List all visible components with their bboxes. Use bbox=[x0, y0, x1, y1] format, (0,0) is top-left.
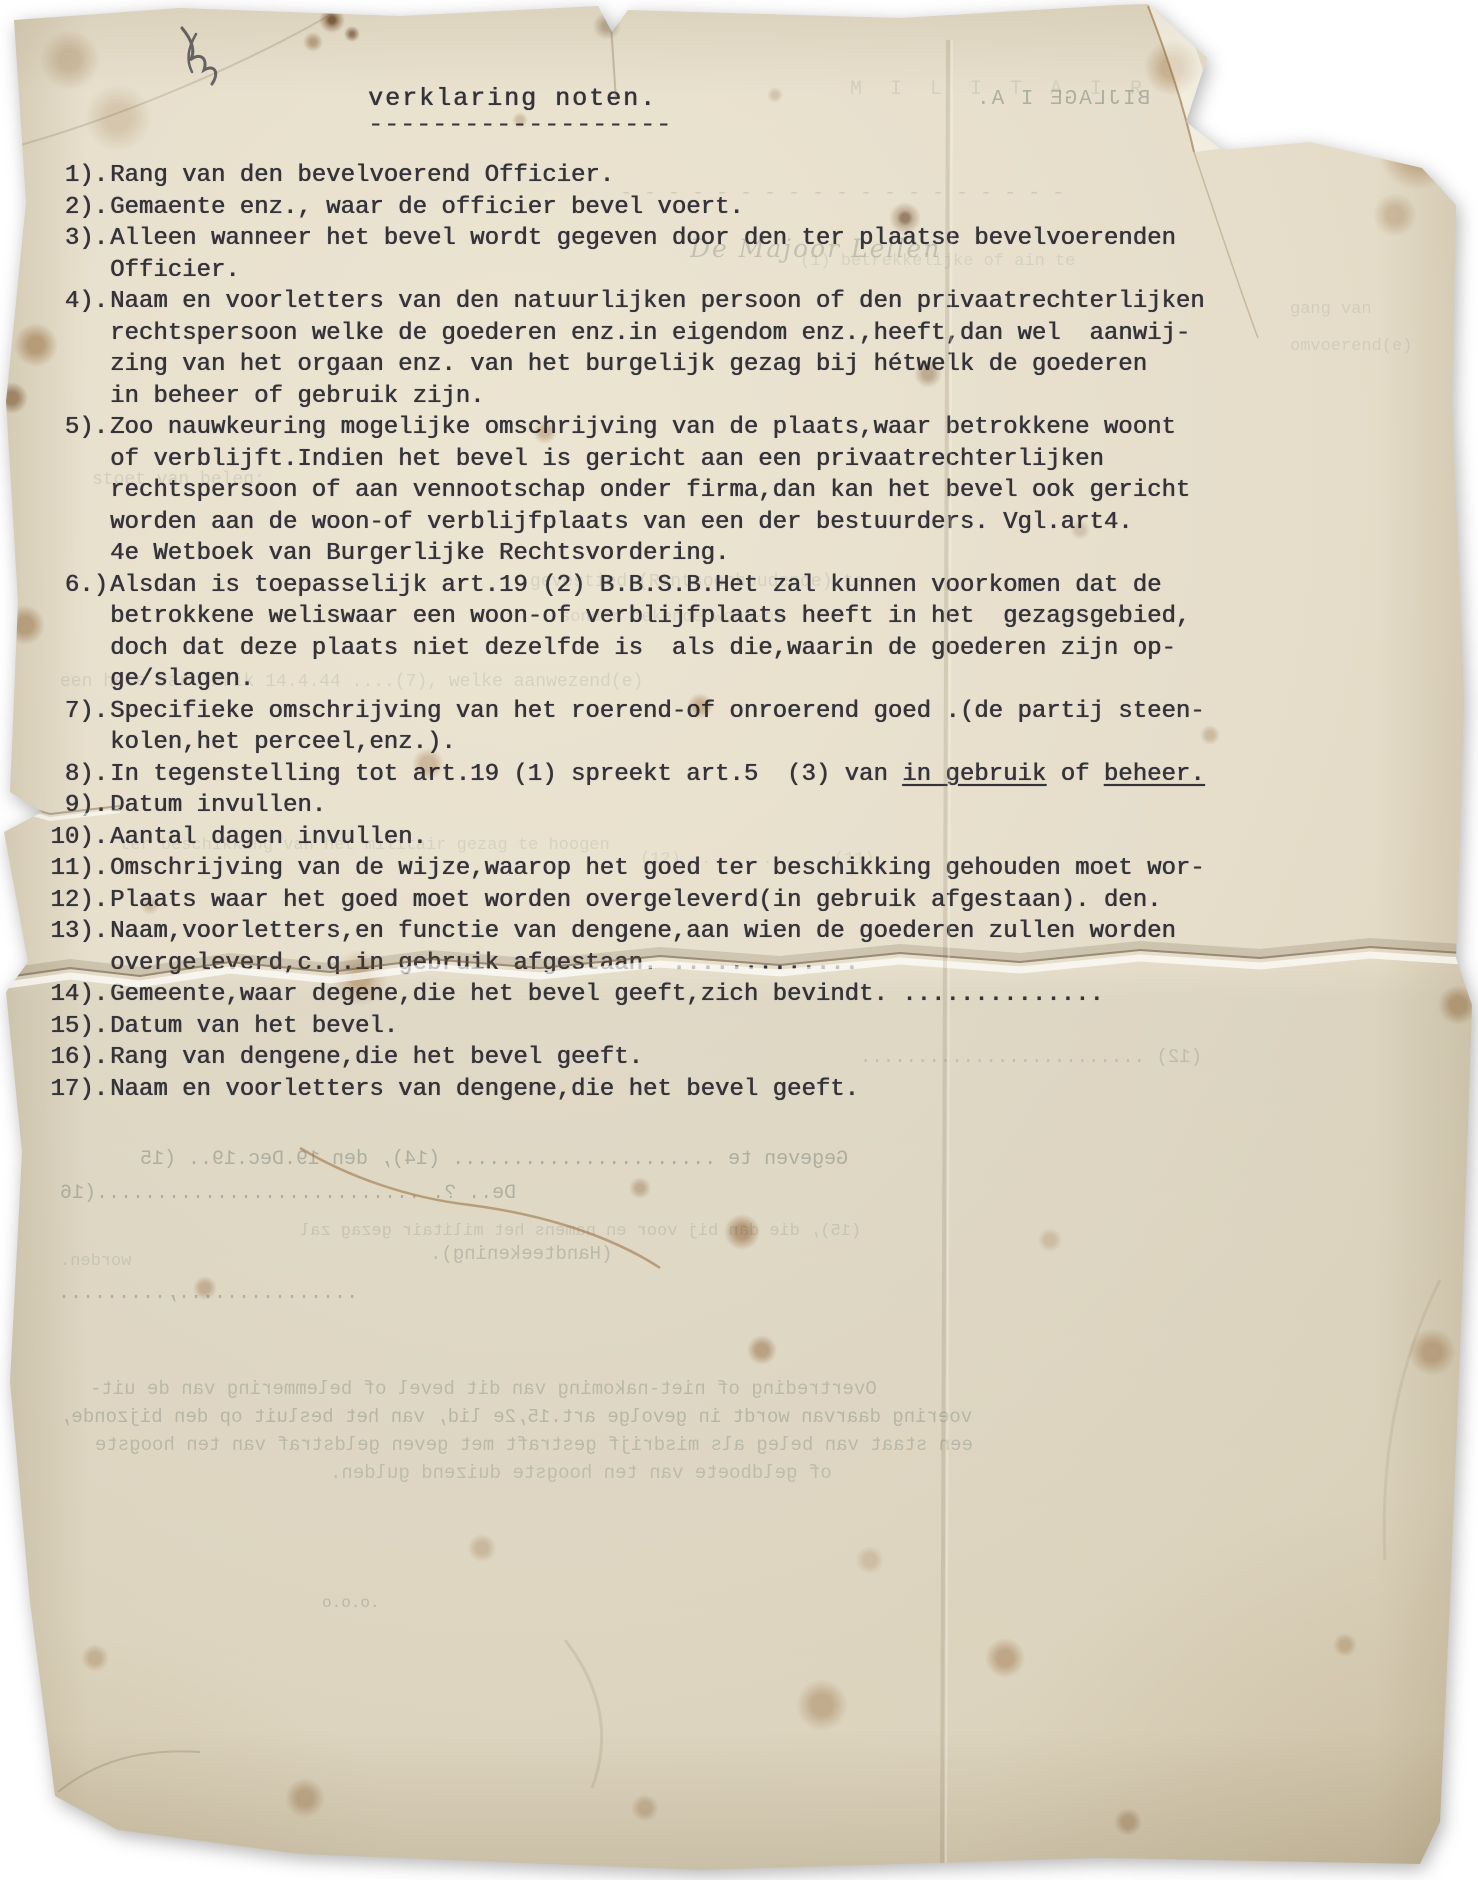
list-item: 15). Datum van het bevel. bbox=[50, 1011, 1450, 1043]
item-line: Alsdan is toepasselijk art.19 (2) B.B.S.… bbox=[110, 570, 1190, 602]
ghost-text: een staat van beleg als misdrijf gestraf… bbox=[95, 1434, 973, 1456]
item-text: Plaats waar het goed moet worden overgel… bbox=[110, 885, 1161, 917]
item-text: Naam,voorletters,en functie van dengene,… bbox=[110, 916, 1176, 979]
item-text: Datum van het bevel. bbox=[110, 1011, 398, 1043]
item-line: Rang van den bevelvoerend Officier. bbox=[110, 160, 614, 192]
title-underline: ------------------- bbox=[368, 110, 672, 139]
item-text: In tegenstelling tot art.19 (1) spreekt … bbox=[110, 759, 1205, 791]
list-item: 9). Datum invullen. bbox=[50, 790, 1450, 822]
item-text: Rang van dengene,die het bevel geeft. bbox=[110, 1042, 643, 1074]
ghost-text: worden. bbox=[60, 1252, 131, 1271]
list-item: 2). Gemaente enz., waar de officier beve… bbox=[50, 192, 1450, 224]
item-text: Aantal dagen invullen. bbox=[110, 822, 427, 854]
list-item: 16). Rang van dengene,die het bevel geef… bbox=[50, 1042, 1450, 1074]
photo-of-document: BIJLAGE I A.M I L I T A I R- - - - - - -… bbox=[0, 0, 1478, 1880]
item-text: Alsdan is toepasselijk art.19 (2) B.B.S.… bbox=[110, 570, 1190, 696]
item-number: 3). bbox=[50, 223, 108, 255]
list-item: 14). Gemeente,waar degene,die het bevel … bbox=[50, 979, 1450, 1011]
item-line: Datum invullen. bbox=[110, 790, 326, 822]
item-line: Naam en voorletters van den natuurlijken… bbox=[110, 286, 1205, 318]
item-line: overgeleverd,c.q.in gebruik afgestaan. .… bbox=[110, 948, 1176, 980]
item-number: 7). bbox=[50, 696, 108, 728]
item-line: betrokkene weliswaar een woon-of verblij… bbox=[110, 601, 1190, 633]
list-item: 7). Specifieke omschrijving van het roer… bbox=[50, 696, 1450, 759]
item-number: 1). bbox=[50, 160, 108, 192]
item-line: Specifieke omschrijving van het roerend-… bbox=[110, 696, 1205, 728]
ghost-text: De.. ?. ...........................(16 bbox=[60, 1182, 516, 1205]
item-text: Omschrijving van de wijze,waarop het goe… bbox=[110, 853, 1205, 885]
item-line: doch dat deze plaats niet dezelfde is al… bbox=[110, 633, 1190, 665]
ghost-text: ...............,......... bbox=[58, 1282, 358, 1305]
item-line: Gemeente,waar degene,die het bevel geeft… bbox=[110, 979, 1104, 1011]
item-line: Naam en voorletters van dengene,die het … bbox=[110, 1074, 859, 1106]
ghost-text: o.o.o. bbox=[322, 1594, 380, 1612]
item-line: Naam,voorletters,en functie van dengene,… bbox=[110, 916, 1176, 948]
item-line: Zoo nauwkeuring mogelijke omschrijving v… bbox=[110, 412, 1190, 444]
item-line: in beheer of gebruik zijn. bbox=[110, 381, 1205, 413]
item-line: Plaats waar het goed moet worden overgel… bbox=[110, 885, 1161, 917]
item-line: Aantal dagen invullen. bbox=[110, 822, 427, 854]
item-text: Gemeente,waar degene,die het bevel geeft… bbox=[110, 979, 1104, 1011]
list-item: 12). Plaats waar het goed moet worden ov… bbox=[50, 885, 1450, 917]
ghost-text: of geldboete van ten hoogste duizend gul… bbox=[330, 1462, 832, 1484]
list-item: 10). Aantal dagen invullen. bbox=[50, 822, 1450, 854]
ink-scribble bbox=[182, 28, 216, 84]
page-title: verklaring noten. bbox=[368, 84, 657, 113]
item-number: 10). bbox=[50, 822, 108, 854]
item-line: worden aan de woon-of verblijfplaats van… bbox=[110, 507, 1190, 539]
ghost-text: M I L I T A I R bbox=[850, 78, 1150, 101]
ghost-text: Gegeven te ...................... (14), … bbox=[140, 1148, 848, 1171]
item-number: 9). bbox=[50, 790, 108, 822]
aged-paper-sheet: BIJLAGE I A.M I L I T A I R- - - - - - -… bbox=[0, 0, 1478, 1880]
list-item: 17). Naam en voorletters van dengene,die… bbox=[50, 1074, 1450, 1106]
numbered-list: 1). Rang van den bevelvoerend Officier. … bbox=[50, 160, 1450, 1105]
item-text: Specifieke omschrijving van het roerend-… bbox=[110, 696, 1205, 759]
item-number: 14). bbox=[50, 979, 108, 1011]
ghost-text: Overtreding of niet-nakoming van dit bev… bbox=[90, 1378, 877, 1400]
item-number: 12). bbox=[50, 885, 108, 917]
ghost-text: voering daarvan wordt in gevolge art.15,… bbox=[60, 1406, 972, 1428]
item-line: Alleen wanneer het bevel wordt gegeven d… bbox=[110, 223, 1176, 255]
item-text: Gemaente enz., waar de officier bevel vo… bbox=[110, 192, 744, 224]
list-item: 1). Rang van den bevelvoerend Officier. bbox=[50, 160, 1450, 192]
list-item: 8). In tegenstelling tot art.19 (1) spre… bbox=[50, 759, 1450, 791]
list-item: 13). Naam,voorletters,en functie van den… bbox=[50, 916, 1450, 979]
item-line: rechtspersoon welke de goederen enz.in e… bbox=[110, 318, 1205, 350]
ghost-text: (Handteekening). bbox=[430, 1243, 612, 1265]
list-item: 4). Naam en voorletters van den natuurli… bbox=[50, 286, 1450, 412]
item-line: 4e Wetboek van Burgerlijke Rechtsvorderi… bbox=[110, 538, 1190, 570]
item-number: 11). bbox=[50, 853, 108, 885]
item-line: Omschrijving van de wijze,waarop het goe… bbox=[110, 853, 1205, 885]
paper-shadow-wrap: BIJLAGE I A.M I L I T A I R- - - - - - -… bbox=[0, 0, 1478, 1880]
item-line: of verblijft.Indien het bevel is gericht… bbox=[110, 444, 1190, 476]
item-line: Gemaente enz., waar de officier bevel vo… bbox=[110, 192, 744, 224]
list-item: 3). Alleen wanneer het bevel wordt gegev… bbox=[50, 223, 1450, 286]
item-line: Rang van dengene,die het bevel geeft. bbox=[110, 1042, 643, 1074]
item-text: Zoo nauwkeuring mogelijke omschrijving v… bbox=[110, 412, 1190, 570]
item-line: kolen,het perceel,enz.). bbox=[110, 727, 1205, 759]
ghost-text: (15), die dan bij voor en namens het mil… bbox=[300, 1222, 861, 1241]
brown-crack-mid-left bbox=[300, 1148, 660, 1268]
item-number: 2). bbox=[50, 192, 108, 224]
ghost-text: BIJLAGE I A. bbox=[975, 88, 1150, 111]
list-item: 6.) Alsdan is toepasselijk art.19 (2) B.… bbox=[50, 570, 1450, 696]
item-number: 15). bbox=[50, 1011, 108, 1043]
item-line: Officier. bbox=[110, 255, 1176, 287]
item-line: In tegenstelling tot art.19 (1) spreekt … bbox=[110, 759, 1205, 791]
item-text: Datum invullen. bbox=[110, 790, 326, 822]
list-item: 5). Zoo nauwkeuring mogelijke omschrijvi… bbox=[50, 412, 1450, 570]
item-number: 16). bbox=[50, 1042, 108, 1074]
item-line: zing van het orgaan enz. van het burgeli… bbox=[110, 349, 1205, 381]
item-number: 5). bbox=[50, 412, 108, 444]
item-text: Naam en voorletters van dengene,die het … bbox=[110, 1074, 859, 1106]
item-number: 8). bbox=[50, 759, 108, 791]
item-line: Datum van het bevel. bbox=[110, 1011, 398, 1043]
item-number: 17). bbox=[50, 1074, 108, 1106]
item-line: ge/slagen. bbox=[110, 664, 1190, 696]
item-number: 13). bbox=[50, 916, 108, 948]
list-item: 11). Omschrijving van de wijze,waarop he… bbox=[50, 853, 1450, 885]
item-number: 6.) bbox=[50, 570, 108, 602]
item-text: Alleen wanneer het bevel wordt gegeven d… bbox=[110, 223, 1176, 286]
item-line: rechtspersoon of aan vennootschap onder … bbox=[110, 475, 1190, 507]
item-number: 4). bbox=[50, 286, 108, 318]
item-text: Rang van den bevelvoerend Officier. bbox=[110, 160, 614, 192]
item-text: Naam en voorletters van den natuurlijken… bbox=[110, 286, 1205, 412]
